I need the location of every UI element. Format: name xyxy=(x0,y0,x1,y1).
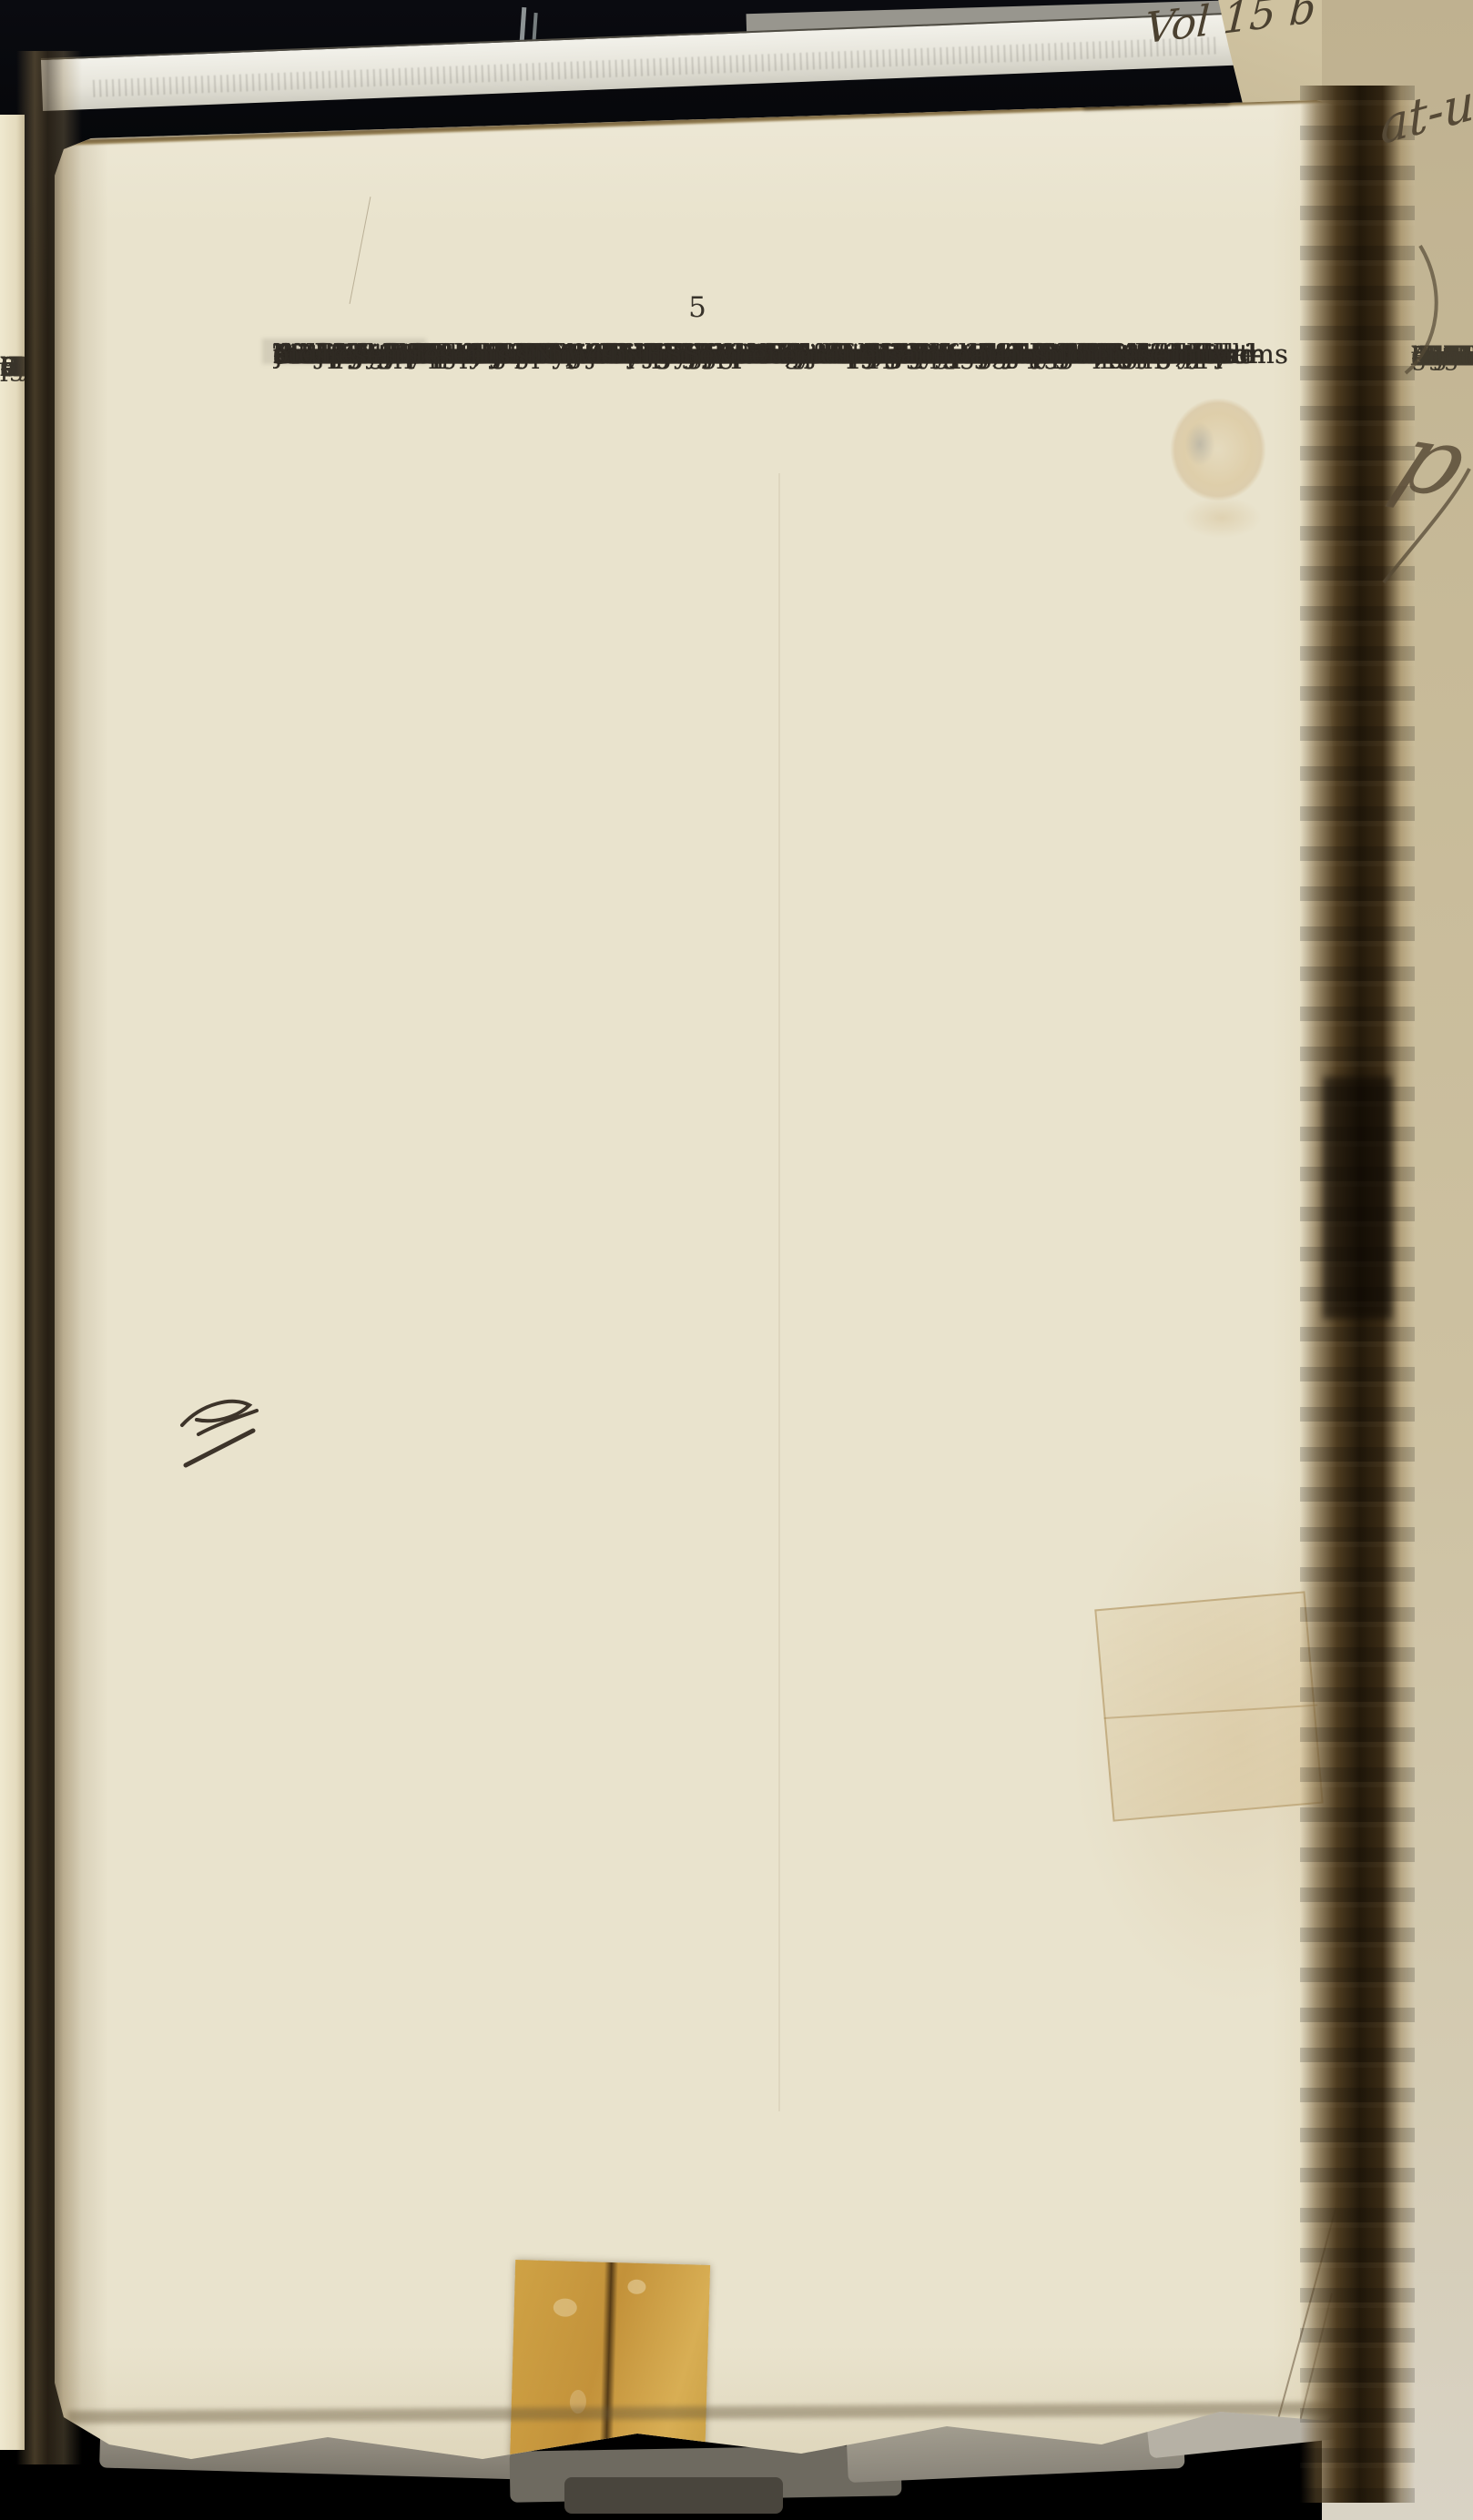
archival-photo-stage: foritha stheof fhe 3miniaid Iect cto ber… xyxy=(0,0,1473,2520)
margin-annotation-mark xyxy=(166,1378,284,1478)
white-sheet-edge xyxy=(41,9,1324,111)
text-fragment: ion c xyxy=(1411,339,1473,375)
torn-page-edge-band xyxy=(1300,86,1415,2503)
tape-crease xyxy=(599,2262,618,2470)
ink-smudge xyxy=(1083,90,1229,110)
book-page: 5 the power of sale hereinbefore contain… xyxy=(55,53,1393,2492)
page-bottom-shadow xyxy=(67,2402,1360,2424)
dark-tear-knot xyxy=(1323,1077,1392,1319)
body-text-line: of these presents IN WITNESS whereof the… xyxy=(273,335,1169,374)
tape-speck xyxy=(553,2298,577,2317)
pencil-streaks xyxy=(93,36,1221,97)
binding-gutter-shadow xyxy=(16,51,82,2464)
tape-speck xyxy=(627,2280,645,2295)
adhesive-tape-patch xyxy=(1094,1591,1324,1821)
fingerprint-stain-center xyxy=(1180,415,1220,473)
page-number: 5 xyxy=(670,291,725,324)
adhesive-tape-strip xyxy=(510,2260,710,2473)
torn-paper-flap xyxy=(564,2477,783,2514)
page-top-edge xyxy=(56,96,1352,146)
stain-smear xyxy=(1171,491,1273,544)
paper-fold-line xyxy=(778,473,780,2111)
tape-crease xyxy=(1104,1704,1318,1718)
paper-crease xyxy=(350,197,371,304)
